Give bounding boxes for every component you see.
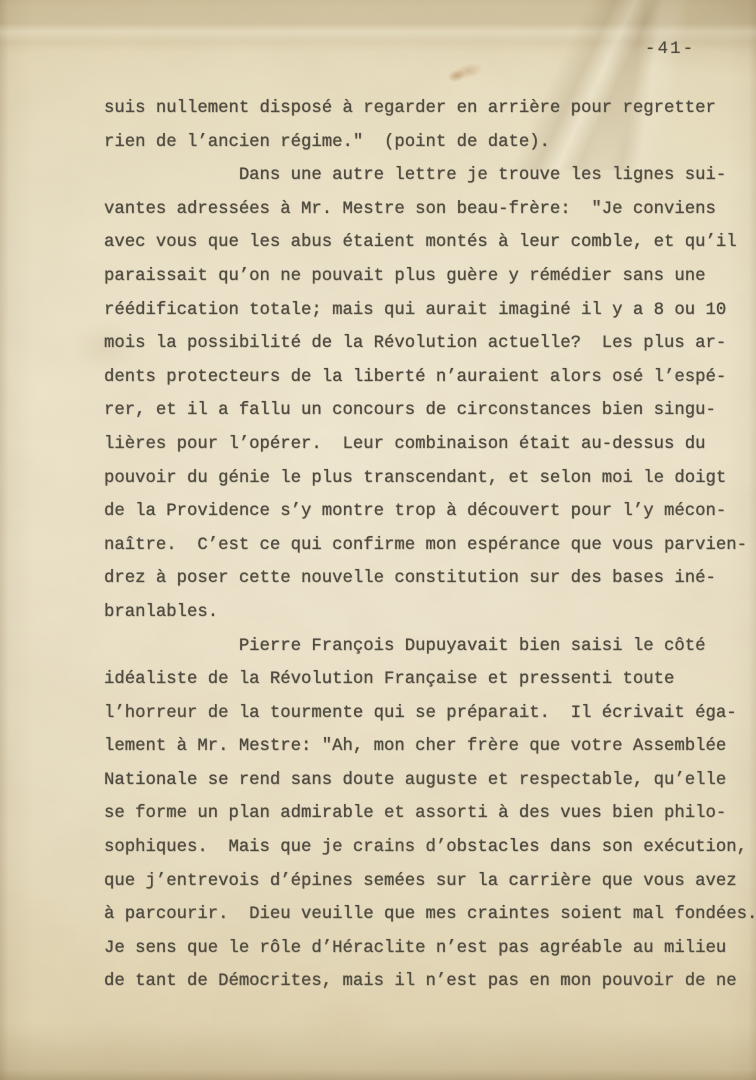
text-line: Pierre François Dupuyavait bien saisi le… bbox=[104, 630, 752, 664]
text-line: naître. C’est ce qui confirme mon espéra… bbox=[104, 529, 752, 563]
text-line: Nationale se rend sans doute auguste et … bbox=[104, 764, 752, 798]
text-line: suis nullement disposé à regarder en arr… bbox=[104, 92, 752, 126]
text-line: lières pour l’opérer. Leur combinaison é… bbox=[104, 428, 752, 462]
text-line: lement à Mr. Mestre: "Ah, mon cher frère… bbox=[104, 730, 752, 764]
paper-crease-top bbox=[0, 6, 756, 52]
text-line: se forme un plan admirable et assorti à … bbox=[104, 797, 752, 831]
paper-stain bbox=[442, 59, 485, 86]
text-line: sophiques. Mais que je crains d’obstacle… bbox=[104, 831, 752, 865]
typed-text: suis nullement disposé à regarder en arr… bbox=[104, 92, 752, 999]
text-line: mois la possibilité de la Révolution act… bbox=[104, 327, 752, 361]
text-line: de tant de Démocrites, mais il n’est pas… bbox=[104, 965, 752, 999]
page-number: -41- bbox=[645, 38, 695, 62]
text-line: à parcourir. Dieu veuille que mes craint… bbox=[104, 898, 752, 932]
text-line: paraissait qu’on ne pouvait plus guère y… bbox=[104, 260, 752, 294]
text-line: de la Providence s’y montre trop à décou… bbox=[104, 495, 752, 529]
text-line: rien de l’ancien régime." (point de date… bbox=[104, 126, 752, 160]
text-line: réédification totale; mais qui aurait im… bbox=[104, 294, 752, 328]
text-line: rer, et il a fallu un concours de circon… bbox=[104, 394, 752, 428]
text-line: avec vous que les abus étaient montés à … bbox=[104, 226, 752, 260]
document-page: -41- suis nullement disposé à regarder e… bbox=[0, 0, 756, 1080]
text-line: dents protecteurs de la liberté n’auraie… bbox=[104, 361, 752, 395]
text-line: Je sens que le rôle d’Héraclite n’est pa… bbox=[104, 932, 752, 966]
text-line: idéaliste de la Révolution Française et … bbox=[104, 663, 752, 697]
text-line: vantes adressées à Mr. Mestre son beau-f… bbox=[104, 193, 752, 227]
text-line: l’horreur de la tourmente qui se prépara… bbox=[104, 697, 752, 731]
paper-stain bbox=[260, 990, 420, 1060]
text-line: pouvoir du génie le plus transcendant, e… bbox=[104, 462, 752, 496]
text-line: Dans une autre lettre je trouve les lign… bbox=[104, 159, 752, 193]
text-line: drez à poser cette nouvelle constitution… bbox=[104, 562, 752, 596]
text-line: branlables. bbox=[104, 596, 752, 630]
text-line: que j’entrevois d’épines semées sur la c… bbox=[104, 865, 752, 899]
